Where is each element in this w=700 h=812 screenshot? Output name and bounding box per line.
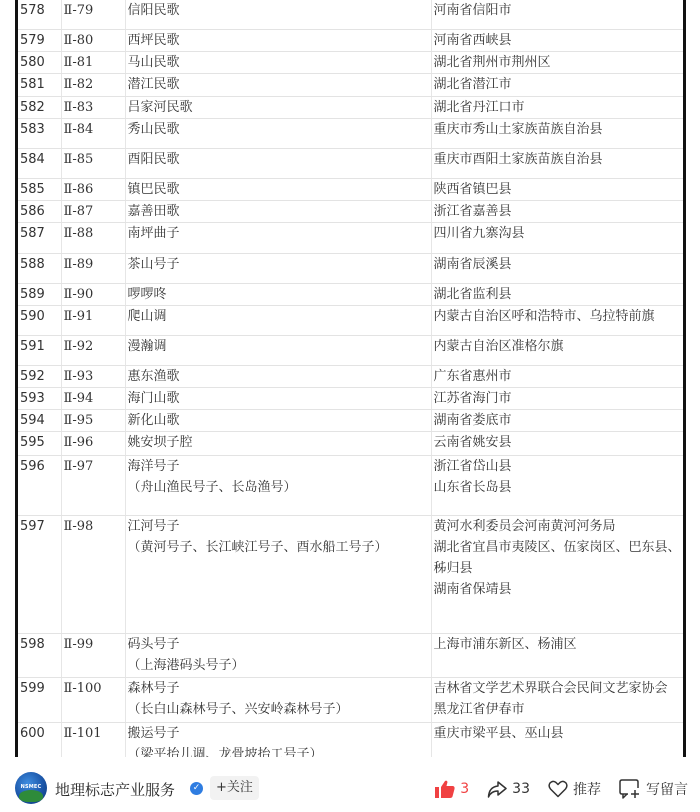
table-row: 597Ⅱ-98江河号子（黄河号子、长江峡江号子、酉水船工号子）黄河水利委员会河南… [18, 515, 683, 633]
table-row: 599Ⅱ-100森林号子（长白山森林号子、兴安岭森林号子）吉林省文学艺术界联合会… [18, 677, 683, 722]
row-number-cell: 578 [18, 0, 61, 29]
item-code-cell: Ⅱ-82 [61, 73, 125, 96]
applicant-region: 江苏省海门市 [434, 388, 684, 409]
applicant-region: 山东省长岛县 [434, 477, 684, 498]
table-row: 588Ⅱ-89茶山号子湖南省辰溪县 [18, 253, 683, 283]
applicant-region: 浙江省岱山县 [434, 456, 684, 477]
item-name-cell: 潜江民歌 [125, 73, 431, 96]
item-subname: （上海港码头号子） [128, 655, 431, 676]
table-row: 594Ⅱ-95新化山歌湖南省娄底市 [18, 409, 683, 431]
item-code-cell: Ⅱ-93 [61, 365, 125, 387]
item-name: 酉阳民歌 [128, 149, 431, 170]
item-name-cell: 酉阳民歌 [125, 148, 431, 178]
item-name-cell: 姚安坝子腔 [125, 431, 431, 455]
applicant-region: 云南省姚安县 [434, 432, 684, 453]
applicant-region: 上海市浦东新区、杨浦区 [434, 634, 684, 655]
row-number-cell: 581 [18, 73, 61, 96]
item-name: 马山民歌 [128, 52, 431, 73]
table-row: 591Ⅱ-92漫瀚调内蒙古自治区准格尔旗 [18, 335, 683, 365]
avatar-logo-text: NSMEC [15, 784, 47, 790]
like-button[interactable]: 3 [435, 780, 469, 798]
item-name-cell: 漫瀚调 [125, 335, 431, 365]
item-name: 秀山民歌 [128, 119, 431, 140]
applicant-region: 湖北省潜江市 [434, 74, 684, 95]
applicant-region-cell: 上海市浦东新区、杨浦区 [431, 633, 683, 677]
item-name-cell: 信阳民歌 [125, 0, 431, 29]
article-footer-bar: NSMEC 地理标志产业服务 ✓ +关注 3 33 推荐 [0, 757, 700, 812]
item-code-cell: Ⅱ-96 [61, 431, 125, 455]
applicant-region: 黑龙江省伊春市 [434, 699, 684, 720]
item-code-cell: Ⅱ-79 [61, 0, 125, 29]
item-name-cell: 海门山歌 [125, 387, 431, 409]
item-name-cell: 爬山调 [125, 305, 431, 335]
applicant-region: 广东省惠州市 [434, 366, 684, 387]
share-count: 33 [512, 781, 530, 797]
table-row: 584Ⅱ-85酉阳民歌重庆市酉阳土家族苗族自治县 [18, 148, 683, 178]
item-subname: （长白山森林号子、兴安岭森林号子） [128, 699, 431, 720]
item-name-cell: 马山民歌 [125, 51, 431, 73]
item-name: 搬运号子 [128, 723, 431, 744]
item-code-cell: Ⅱ-89 [61, 253, 125, 283]
applicant-region: 湖南省娄底市 [434, 410, 684, 431]
item-code-cell: Ⅱ-95 [61, 409, 125, 431]
item-code-cell: Ⅱ-101 [61, 722, 125, 757]
item-code-cell: Ⅱ-90 [61, 283, 125, 305]
item-name: 信阳民歌 [128, 0, 431, 21]
applicant-region-cell: 湖北省监利县 [431, 283, 683, 305]
item-name-cell: 惠东渔歌 [125, 365, 431, 387]
applicant-region: 黄河水利委员会河南黄河河务局 [434, 516, 684, 537]
table-row: 580Ⅱ-81马山民歌湖北省荆州市荆州区 [18, 51, 683, 73]
row-number-cell: 582 [18, 96, 61, 118]
author-avatar[interactable]: NSMEC [15, 772, 47, 804]
row-number-cell: 580 [18, 51, 61, 73]
applicant-region-cell: 云南省姚安县 [431, 431, 683, 455]
applicant-region: 河南省信阳市 [434, 0, 684, 21]
applicant-region-cell: 浙江省嘉善县 [431, 200, 683, 222]
table-row: 598Ⅱ-99码头号子（上海港码头号子）上海市浦东新区、杨浦区 [18, 633, 683, 677]
row-number-cell: 596 [18, 455, 61, 515]
table-row: 579Ⅱ-80西坪民歌河南省西峡县 [18, 29, 683, 51]
item-name: 镇巴民歌 [128, 179, 431, 200]
applicant-region: 重庆市梁平县、巫山县 [434, 723, 684, 744]
verified-check-icon: ✓ [190, 782, 203, 795]
share-button[interactable]: 33 [487, 780, 530, 798]
item-name-cell: 吕家河民歌 [125, 96, 431, 118]
item-name-cell: 江河号子（黄河号子、长江峡江号子、酉水船工号子） [125, 515, 431, 633]
item-code-cell: Ⅱ-100 [61, 677, 125, 722]
item-name: 海门山歌 [128, 388, 431, 409]
table-row: 590Ⅱ-91爬山调内蒙古自治区呼和浩特市、乌拉特前旗 [18, 305, 683, 335]
applicant-region: 重庆市秀山土家族苗族自治县 [434, 119, 684, 140]
item-name-cell: 镇巴民歌 [125, 178, 431, 200]
item-code-cell: Ⅱ-86 [61, 178, 125, 200]
item-name: 森林号子 [128, 678, 431, 699]
applicant-region: 湖南省保靖县 [434, 579, 684, 600]
item-name-cell: 西坪民歌 [125, 29, 431, 51]
heart-icon [548, 780, 568, 798]
row-number-cell: 587 [18, 222, 61, 253]
globe-land-shape [19, 790, 43, 802]
item-name-cell: 码头号子（上海港码头号子） [125, 633, 431, 677]
item-subname: （梁平抬儿调、龙骨坡抬工号子） [128, 744, 431, 758]
item-name: 爬山调 [128, 306, 431, 327]
row-number-cell: 594 [18, 409, 61, 431]
item-name-cell: 啰啰咚 [125, 283, 431, 305]
article-image-table-screenshot: 578Ⅱ-79信阳民歌河南省信阳市579Ⅱ-80西坪民歌河南省西峡县580Ⅱ-8… [0, 0, 700, 757]
recommend-label: 推荐 [573, 779, 601, 799]
item-name: 海洋号子 [128, 456, 431, 477]
row-number-cell: 589 [18, 283, 61, 305]
item-name-cell: 茶山号子 [125, 253, 431, 283]
applicant-region-cell: 重庆市酉阳土家族苗族自治县 [431, 148, 683, 178]
table-row: 586Ⅱ-87嘉善田歌浙江省嘉善县 [18, 200, 683, 222]
applicant-region: 吉林省文学艺术界联合会民间文艺家协会 [434, 678, 684, 699]
item-name-cell: 嘉善田歌 [125, 200, 431, 222]
row-number-cell: 591 [18, 335, 61, 365]
table-row: 595Ⅱ-96姚安坝子腔云南省姚安县 [18, 431, 683, 455]
row-number-cell: 590 [18, 305, 61, 335]
item-name: 码头号子 [128, 634, 431, 655]
applicant-region-cell: 湖南省辰溪县 [431, 253, 683, 283]
applicant-region: 重庆市酉阳土家族苗族自治县 [434, 149, 684, 170]
item-code-cell: Ⅱ-91 [61, 305, 125, 335]
applicant-region-cell: 陕西省镇巴县 [431, 178, 683, 200]
comment-button[interactable]: 写留言 [619, 779, 688, 799]
item-code-cell: Ⅱ-80 [61, 29, 125, 51]
applicant-region: 内蒙古自治区准格尔旗 [434, 336, 684, 357]
table-row: 593Ⅱ-94海门山歌江苏省海门市 [18, 387, 683, 409]
share-arrow-icon [487, 780, 507, 798]
follow-button[interactable]: +关注 [210, 776, 259, 800]
item-name: 西坪民歌 [128, 30, 431, 51]
row-number-cell: 579 [18, 29, 61, 51]
item-code-cell: Ⅱ-85 [61, 148, 125, 178]
applicant-region-cell: 河南省西峡县 [431, 29, 683, 51]
item-name-cell: 新化山歌 [125, 409, 431, 431]
applicant-region-cell: 江苏省海门市 [431, 387, 683, 409]
applicant-region: 湖北省荆州市荆州区 [434, 52, 684, 73]
applicant-region-cell: 浙江省岱山县山东省长岛县 [431, 455, 683, 515]
applicant-region: 陕西省镇巴县 [434, 179, 684, 200]
applicant-region-cell: 黄河水利委员会河南黄河河务局湖北省宜昌市夷陵区、伍家岗区、巴东县、秭归县湖南省保… [431, 515, 683, 633]
applicant-region: 四川省九寨沟县 [434, 223, 684, 244]
item-code-cell: Ⅱ-83 [61, 96, 125, 118]
table-row: 589Ⅱ-90啰啰咚湖北省监利县 [18, 283, 683, 305]
item-name: 江河号子 [128, 516, 431, 537]
applicant-region: 湖北省丹江口市 [434, 97, 684, 118]
item-name: 惠东渔歌 [128, 366, 431, 387]
row-number-cell: 583 [18, 118, 61, 148]
table-row: 596Ⅱ-97海洋号子（舟山渔民号子、长岛渔号）浙江省岱山县山东省长岛县 [18, 455, 683, 515]
item-name: 漫瀚调 [128, 336, 431, 357]
table-row: 600Ⅱ-101搬运号子（梁平抬儿调、龙骨坡抬工号子）重庆市梁平县、巫山县 [18, 722, 683, 757]
row-number-cell: 598 [18, 633, 61, 677]
item-code-cell: Ⅱ-87 [61, 200, 125, 222]
table-row: 587Ⅱ-88南坪曲子四川省九寨沟县 [18, 222, 683, 253]
item-code-cell: Ⅱ-97 [61, 455, 125, 515]
item-code-cell: Ⅱ-92 [61, 335, 125, 365]
item-name: 潜江民歌 [128, 74, 431, 95]
row-number-cell: 595 [18, 431, 61, 455]
applicant-region-cell: 内蒙古自治区呼和浩特市、乌拉特前旗 [431, 305, 683, 335]
row-number-cell: 599 [18, 677, 61, 722]
item-name-cell: 南坪曲子 [125, 222, 431, 253]
table-row: 585Ⅱ-86镇巴民歌陕西省镇巴县 [18, 178, 683, 200]
applicant-region-cell: 内蒙古自治区准格尔旗 [431, 335, 683, 365]
item-code-cell: Ⅱ-99 [61, 633, 125, 677]
item-name: 吕家河民歌 [128, 97, 431, 118]
like-count: 3 [460, 781, 469, 797]
table-row: 581Ⅱ-82潜江民歌湖北省潜江市 [18, 73, 683, 96]
thumbs-up-icon [435, 780, 455, 798]
table-row: 582Ⅱ-83吕家河民歌湖北省丹江口市 [18, 96, 683, 118]
applicant-region-cell: 重庆市秀山土家族苗族自治县 [431, 118, 683, 148]
applicant-region-cell: 广东省惠州市 [431, 365, 683, 387]
applicant-region: 湖北省宜昌市夷陵区、伍家岗区、巴东县、秭归县 [434, 537, 684, 579]
row-number-cell: 585 [18, 178, 61, 200]
row-number-cell: 592 [18, 365, 61, 387]
applicant-region: 湖南省辰溪县 [434, 254, 684, 275]
row-number-cell: 600 [18, 722, 61, 757]
applicant-region-cell: 湖南省娄底市 [431, 409, 683, 431]
table-row: 578Ⅱ-79信阳民歌河南省信阳市 [18, 0, 683, 29]
item-name: 啰啰咚 [128, 284, 431, 305]
item-code-cell: Ⅱ-98 [61, 515, 125, 633]
item-name: 新化山歌 [128, 410, 431, 431]
row-number-cell: 584 [18, 148, 61, 178]
applicant-region-cell: 湖北省潜江市 [431, 73, 683, 96]
item-code-cell: Ⅱ-84 [61, 118, 125, 148]
applicant-region: 湖北省监利县 [434, 284, 684, 305]
item-name-cell: 森林号子（长白山森林号子、兴安岭森林号子） [125, 677, 431, 722]
row-number-cell: 586 [18, 200, 61, 222]
item-name: 茶山号子 [128, 254, 431, 275]
table-row: 583Ⅱ-84秀山民歌重庆市秀山土家族苗族自治县 [18, 118, 683, 148]
item-code-cell: Ⅱ-81 [61, 51, 125, 73]
spreadsheet-table: 578Ⅱ-79信阳民歌河南省信阳市579Ⅱ-80西坪民歌河南省西峡县580Ⅱ-8… [15, 0, 686, 757]
item-name: 南坪曲子 [128, 223, 431, 244]
row-number-cell: 593 [18, 387, 61, 409]
applicant-region-cell: 四川省九寨沟县 [431, 222, 683, 253]
applicant-region: 内蒙古自治区呼和浩特市、乌拉特前旗 [434, 306, 684, 327]
recommend-button[interactable]: 推荐 [548, 779, 601, 799]
heritage-list-table: 578Ⅱ-79信阳民歌河南省信阳市579Ⅱ-80西坪民歌河南省西峡县580Ⅱ-8… [18, 0, 683, 757]
applicant-region: 浙江省嘉善县 [434, 201, 684, 222]
applicant-region-cell: 重庆市梁平县、巫山县 [431, 722, 683, 757]
item-subname: （黄河号子、长江峡江号子、酉水船工号子） [128, 537, 431, 558]
item-subname: （舟山渔民号子、长岛渔号） [128, 477, 431, 498]
table-row: 592Ⅱ-93惠东渔歌广东省惠州市 [18, 365, 683, 387]
comment-add-icon [619, 779, 641, 799]
item-code-cell: Ⅱ-88 [61, 222, 125, 253]
item-code-cell: Ⅱ-94 [61, 387, 125, 409]
applicant-region-cell: 湖北省荆州市荆州区 [431, 51, 683, 73]
item-name-cell: 秀山民歌 [125, 118, 431, 148]
comment-label: 写留言 [646, 779, 688, 799]
item-name-cell: 海洋号子（舟山渔民号子、长岛渔号） [125, 455, 431, 515]
action-bar: 3 33 推荐 写留言 [417, 777, 688, 801]
row-number-cell: 588 [18, 253, 61, 283]
applicant-region-cell: 湖北省丹江口市 [431, 96, 683, 118]
item-name: 姚安坝子腔 [128, 432, 431, 453]
item-name: 嘉善田歌 [128, 201, 431, 222]
applicant-region-cell: 吉林省文学艺术界联合会民间文艺家协会黑龙江省伊春市 [431, 677, 683, 722]
applicant-region-cell: 河南省信阳市 [431, 0, 683, 29]
row-number-cell: 597 [18, 515, 61, 633]
item-name-cell: 搬运号子（梁平抬儿调、龙骨坡抬工号子） [125, 722, 431, 757]
author-name[interactable]: 地理标志产业服务 [55, 779, 175, 800]
applicant-region: 河南省西峡县 [434, 30, 684, 51]
